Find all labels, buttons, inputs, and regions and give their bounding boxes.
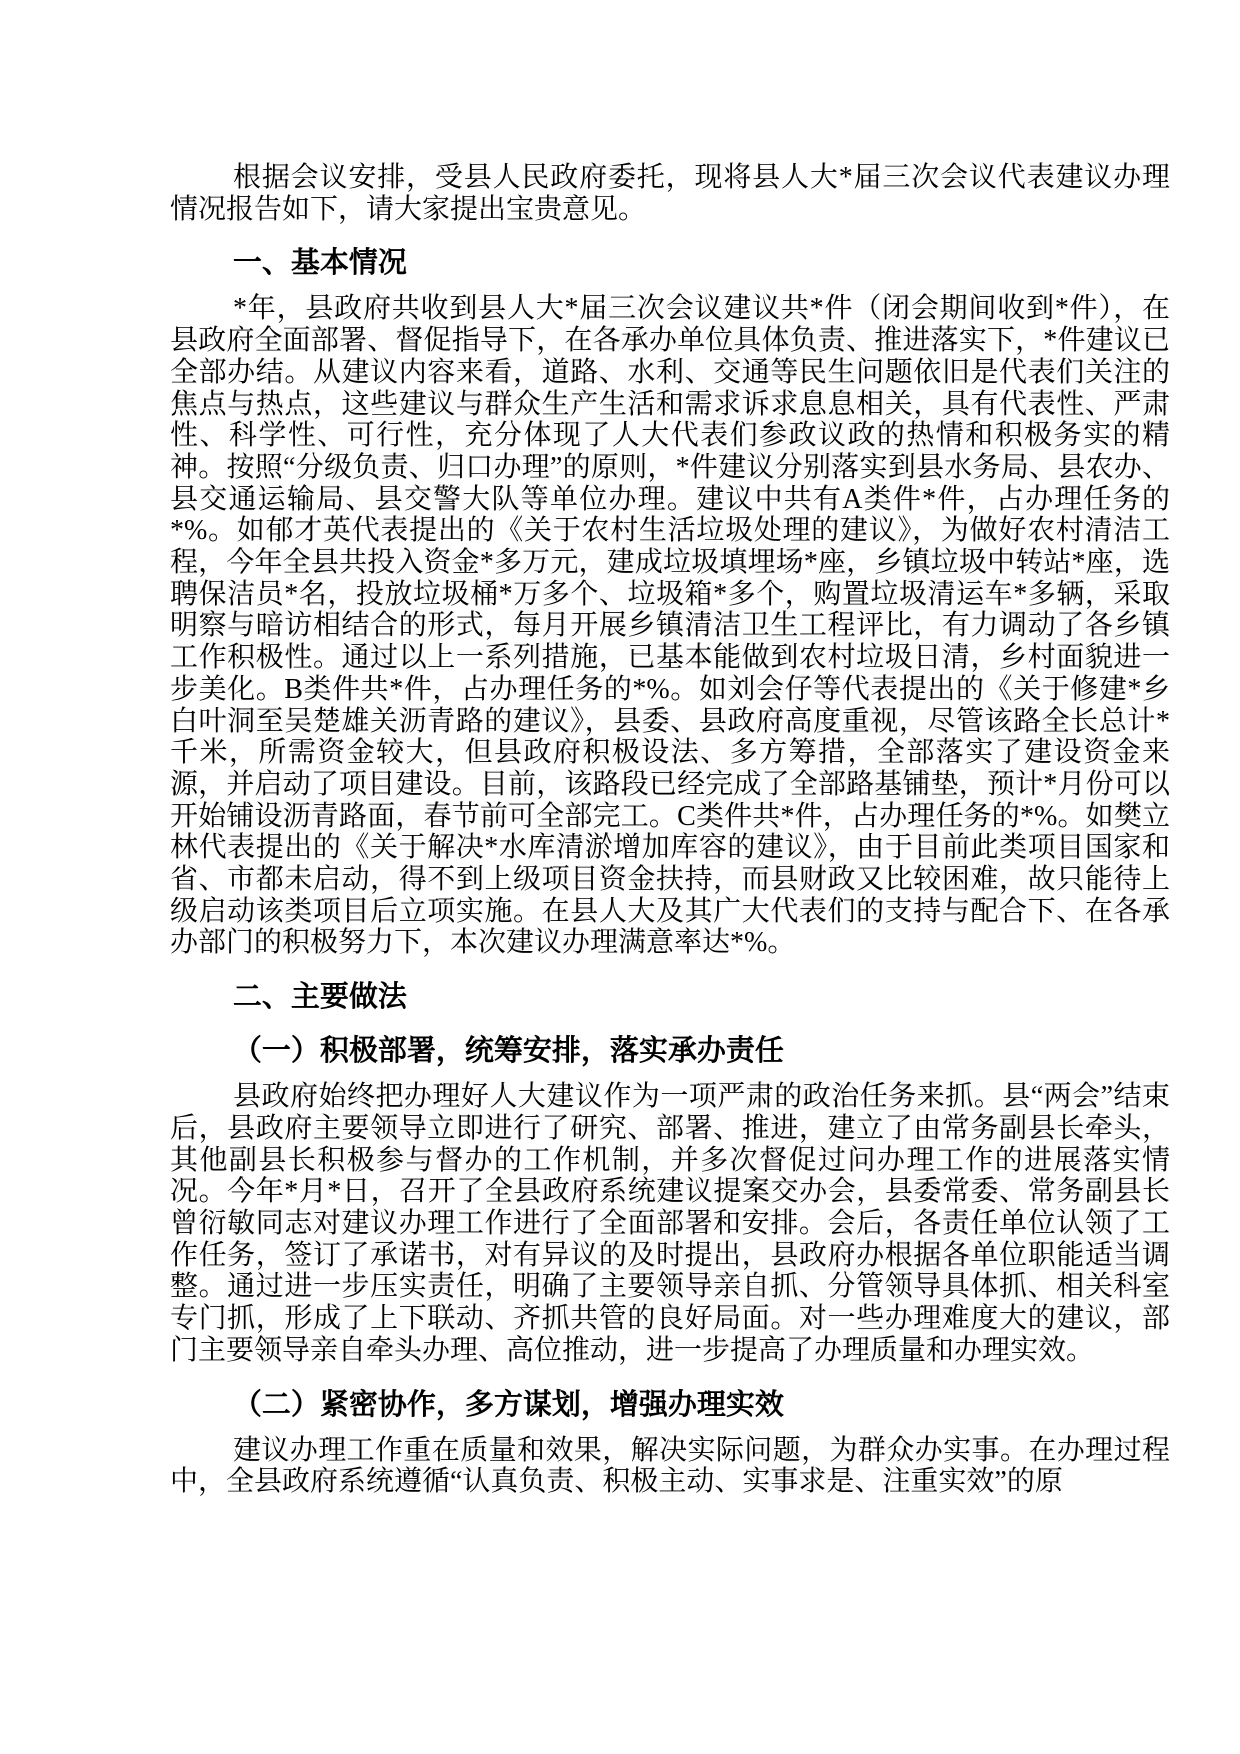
subsection-heading-deployment: （一）积极部署，统筹安排，落实承办责任 — [170, 1035, 1170, 1067]
section-heading-main-practices: 二、主要做法 — [170, 981, 1170, 1013]
body-paragraph-basic-situation: *年，县政府共收到县人大*届三次会议建议共*件（闭会期间收到*件），在县政府全面… — [170, 293, 1170, 959]
body-paragraph-collaboration: 建议办理工作重在质量和效果，解决实际问题，为群众办实事。在办理过程中，全县政府系… — [170, 1435, 1170, 1498]
body-paragraph-deployment: 县政府始终把办理好人大建议作为一项严肃的政治任务来抓。县“两会”结束后，县政府主… — [170, 1081, 1170, 1366]
document-page: 根据会议安排，受县人民政府委托，现将县人大*届三次会议代表建议办理情况报告如下，… — [0, 0, 1240, 1754]
section-heading-basic-situation: 一、基本情况 — [170, 247, 1170, 279]
opening-paragraph: 根据会议安排，受县人民政府委托，现将县人大*届三次会议代表建议办理情况报告如下，… — [170, 162, 1170, 225]
subsection-heading-collaboration: （二）紧密协作，多方谋划，增强办理实效 — [170, 1389, 1170, 1421]
